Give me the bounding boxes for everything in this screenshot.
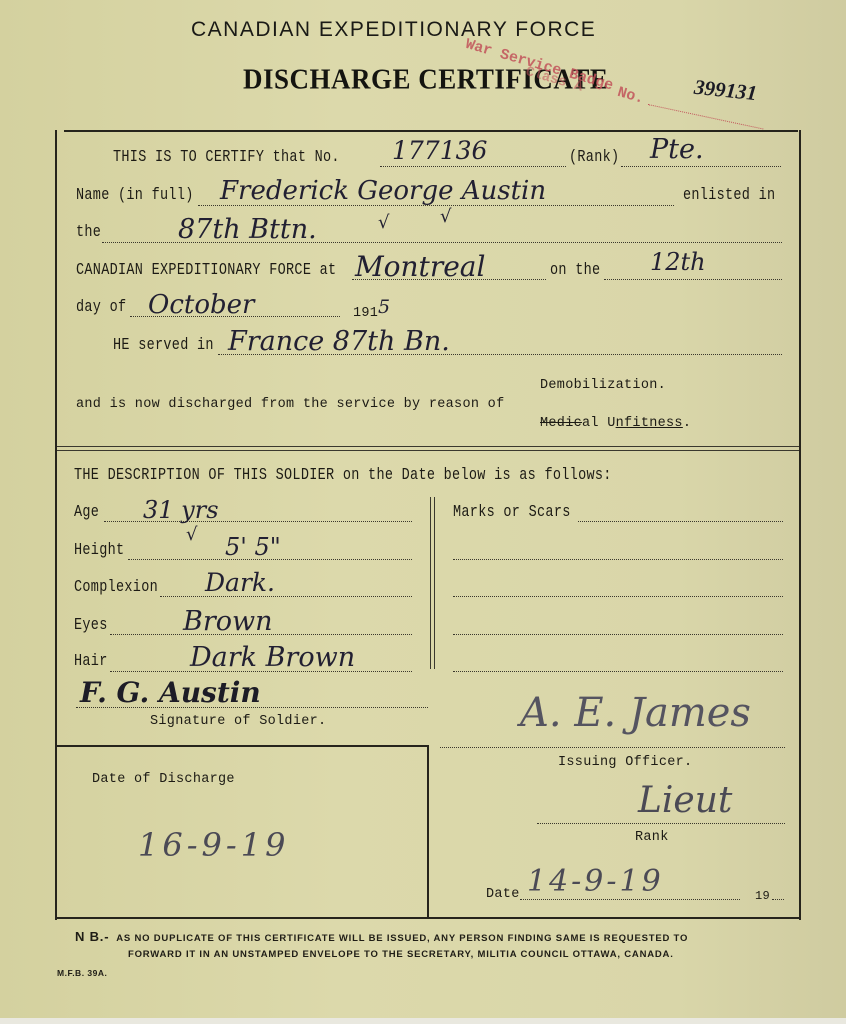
name-value: Frederick George Austin [220, 176, 546, 206]
cef-at-label: CANADIAN EXPEDITIONARY FORCE at [76, 262, 336, 280]
marks-scars-field-2 [453, 559, 783, 560]
certify-label: THIS IS TO CERTIFY that No. [113, 149, 340, 167]
marks-scars-field-4 [453, 634, 783, 635]
unit-value: 87th Bttn. [178, 214, 317, 245]
rank-field [621, 166, 781, 167]
frame-top [64, 130, 798, 132]
regimental-number-field [380, 166, 566, 167]
officer-rank-label: Rank [635, 830, 669, 845]
rank-label: (Rank) [569, 149, 619, 167]
discharge-reason-label: and is now discharged from the service b… [76, 397, 504, 412]
year-prefix: 191 [353, 306, 378, 321]
eyes-value: Brown [183, 606, 273, 637]
nb-note-line-2: FORWARD IT IN AN UNSTAMPED ENVELOPE TO T… [128, 949, 674, 960]
officer-rank-value: Lieut [638, 780, 732, 821]
form-code: M.F.B. 39A. [57, 968, 107, 978]
issuing-officer-signature-line [440, 747, 785, 748]
soldier-signature-label: Signature of Soldier. [150, 714, 326, 729]
complexion-label: Complexion [74, 579, 158, 597]
soldier-signature: F. G. Austin [80, 676, 261, 709]
discharge-box-right [427, 745, 429, 917]
section-divider [57, 446, 799, 451]
complexion-value: Dark. [205, 568, 275, 597]
enlisted-in-label: enlisted in [683, 187, 775, 205]
struck-text: Medic [540, 416, 582, 431]
frame-left [55, 130, 57, 920]
enlistment-month-value: October [148, 290, 254, 320]
issue-year-label: 19 [755, 889, 770, 903]
age-label: Age [74, 504, 99, 522]
discharge-reason-original: Medical Unfitness. [540, 416, 691, 431]
check-mark-icon: √ [378, 212, 389, 233]
nb-note-line-1: N B.- AS NO DUPLICATE OF THIS CERTIFICAT… [75, 929, 688, 944]
column-divider [430, 497, 435, 669]
name-label: Name (in full) [76, 187, 194, 205]
date-of-discharge-value: 16-9-19 [138, 826, 289, 864]
officer-rank-line [537, 823, 785, 824]
frame-right [799, 130, 801, 920]
day-of-label: day of [76, 299, 126, 317]
issue-year-field [772, 899, 784, 900]
check-mark-icon: √ [186, 524, 197, 545]
frame-bottom [55, 917, 801, 919]
enlistment-day-field [604, 279, 782, 280]
age-value: 31 yrs [143, 496, 219, 524]
scan-edge [0, 1018, 846, 1024]
description-heading: THE DESCRIPTION OF THIS SOLDIER on the D… [74, 467, 612, 485]
on-the-label: on the [550, 262, 600, 280]
issue-date-label: Date [486, 887, 520, 902]
discharge-reason-inserted: Demobilization. [540, 378, 666, 393]
height-label: Height [74, 542, 124, 560]
served-in-label: HE served in [113, 337, 214, 355]
issue-date-field [520, 899, 740, 900]
eyes-label: Eyes [74, 617, 108, 635]
check-mark-icon: √ [440, 206, 451, 227]
issuing-officer-signature: A. E. James [520, 690, 751, 736]
hair-label: Hair [74, 653, 108, 671]
served-in-value: France 87th Bn. [228, 326, 450, 357]
enlistment-day-value: 12th [650, 248, 706, 276]
marks-scars-field-5 [453, 671, 783, 672]
date-of-discharge-label: Date of Discharge [92, 772, 235, 787]
struck-text: nfitness [616, 416, 683, 431]
title-line-1: CANADIAN EXPEDITIONARY FORCE [191, 18, 596, 42]
enlistment-place-value: Montreal [355, 250, 485, 283]
issuing-officer-label: Issuing Officer. [558, 755, 692, 770]
complexion-field [160, 596, 412, 597]
marks-scars-label: Marks or Scars [453, 504, 571, 522]
year-suffix: 5 [378, 296, 390, 318]
issue-date-value: 14-9-19 [527, 864, 664, 899]
marks-scars-field-3 [453, 596, 783, 597]
the-label: the [76, 224, 101, 242]
rank-value: Pte. [650, 134, 704, 165]
regimental-number-value: 177136 [392, 136, 487, 165]
marks-scars-field [578, 521, 783, 522]
hair-value: Dark Brown [190, 642, 355, 673]
discharge-box-top [57, 745, 427, 747]
height-value: 5' 5" [225, 533, 281, 561]
